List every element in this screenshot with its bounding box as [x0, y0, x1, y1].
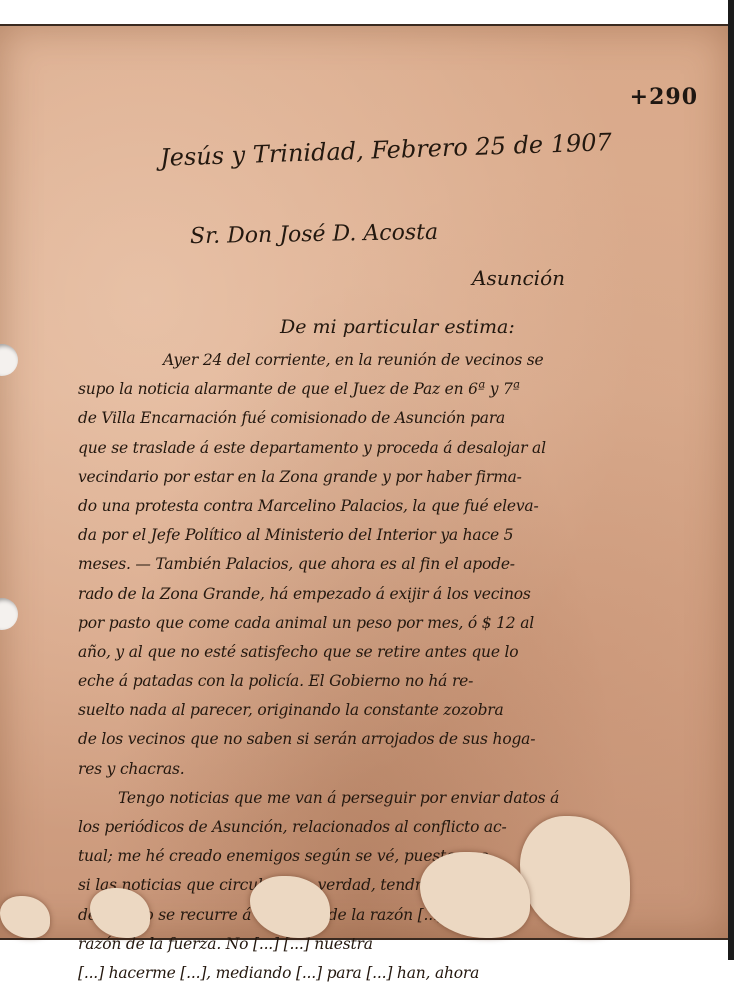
letter-page: +290 Jesús y Trinidad, Febrero 25 de 190… [0, 24, 728, 940]
body-line: suelto nada al parecer, originando la co… [78, 696, 698, 725]
body-line: meses. — También Palacios, que ahora es … [78, 550, 698, 579]
folio-number: +290 [630, 84, 698, 110]
body-line: rado de la Zona Grande, há empezado á ex… [78, 580, 698, 609]
body-line: vecindario por estar en la Zona grande y… [78, 463, 698, 492]
body-line: Ayer 24 del corriente, en la reunión de … [78, 346, 698, 375]
binder-hole-bottom [0, 598, 18, 630]
body-line: que se traslade á este departamento y pr… [78, 434, 698, 463]
salutation: De mi particular estima: [280, 316, 515, 338]
body-line: do una protesta contra Marcelino Palacio… [78, 492, 698, 521]
body-line: de los vecinos que no saben si serán arr… [78, 725, 698, 754]
body-line: supo la noticia alarmante de que el Juez… [78, 375, 698, 404]
body-line: Tengo noticias que me van á perseguir po… [78, 784, 698, 813]
addressee: Sr. Don José D. Acosta [190, 220, 439, 249]
scan-edge [728, 0, 734, 960]
dateline: Jesús y Trinidad, Febrero 25 de 1907 [160, 128, 613, 172]
body-line: de Villa Encarnación fué comisionado de … [78, 404, 698, 433]
body-line: año, y al que no esté satisfecho que se … [78, 638, 698, 667]
body-line: por pasto que come cada animal un peso p… [78, 609, 698, 638]
body-line: da por el Jefe Político al Ministerio de… [78, 521, 698, 550]
addressee-city: Asunción [472, 266, 565, 290]
body-line: eche á patadas con la policía. El Gobier… [78, 667, 698, 696]
body-line: res y chacras. [78, 755, 698, 784]
paper-damage [0, 896, 50, 938]
binder-hole-top [0, 344, 18, 376]
